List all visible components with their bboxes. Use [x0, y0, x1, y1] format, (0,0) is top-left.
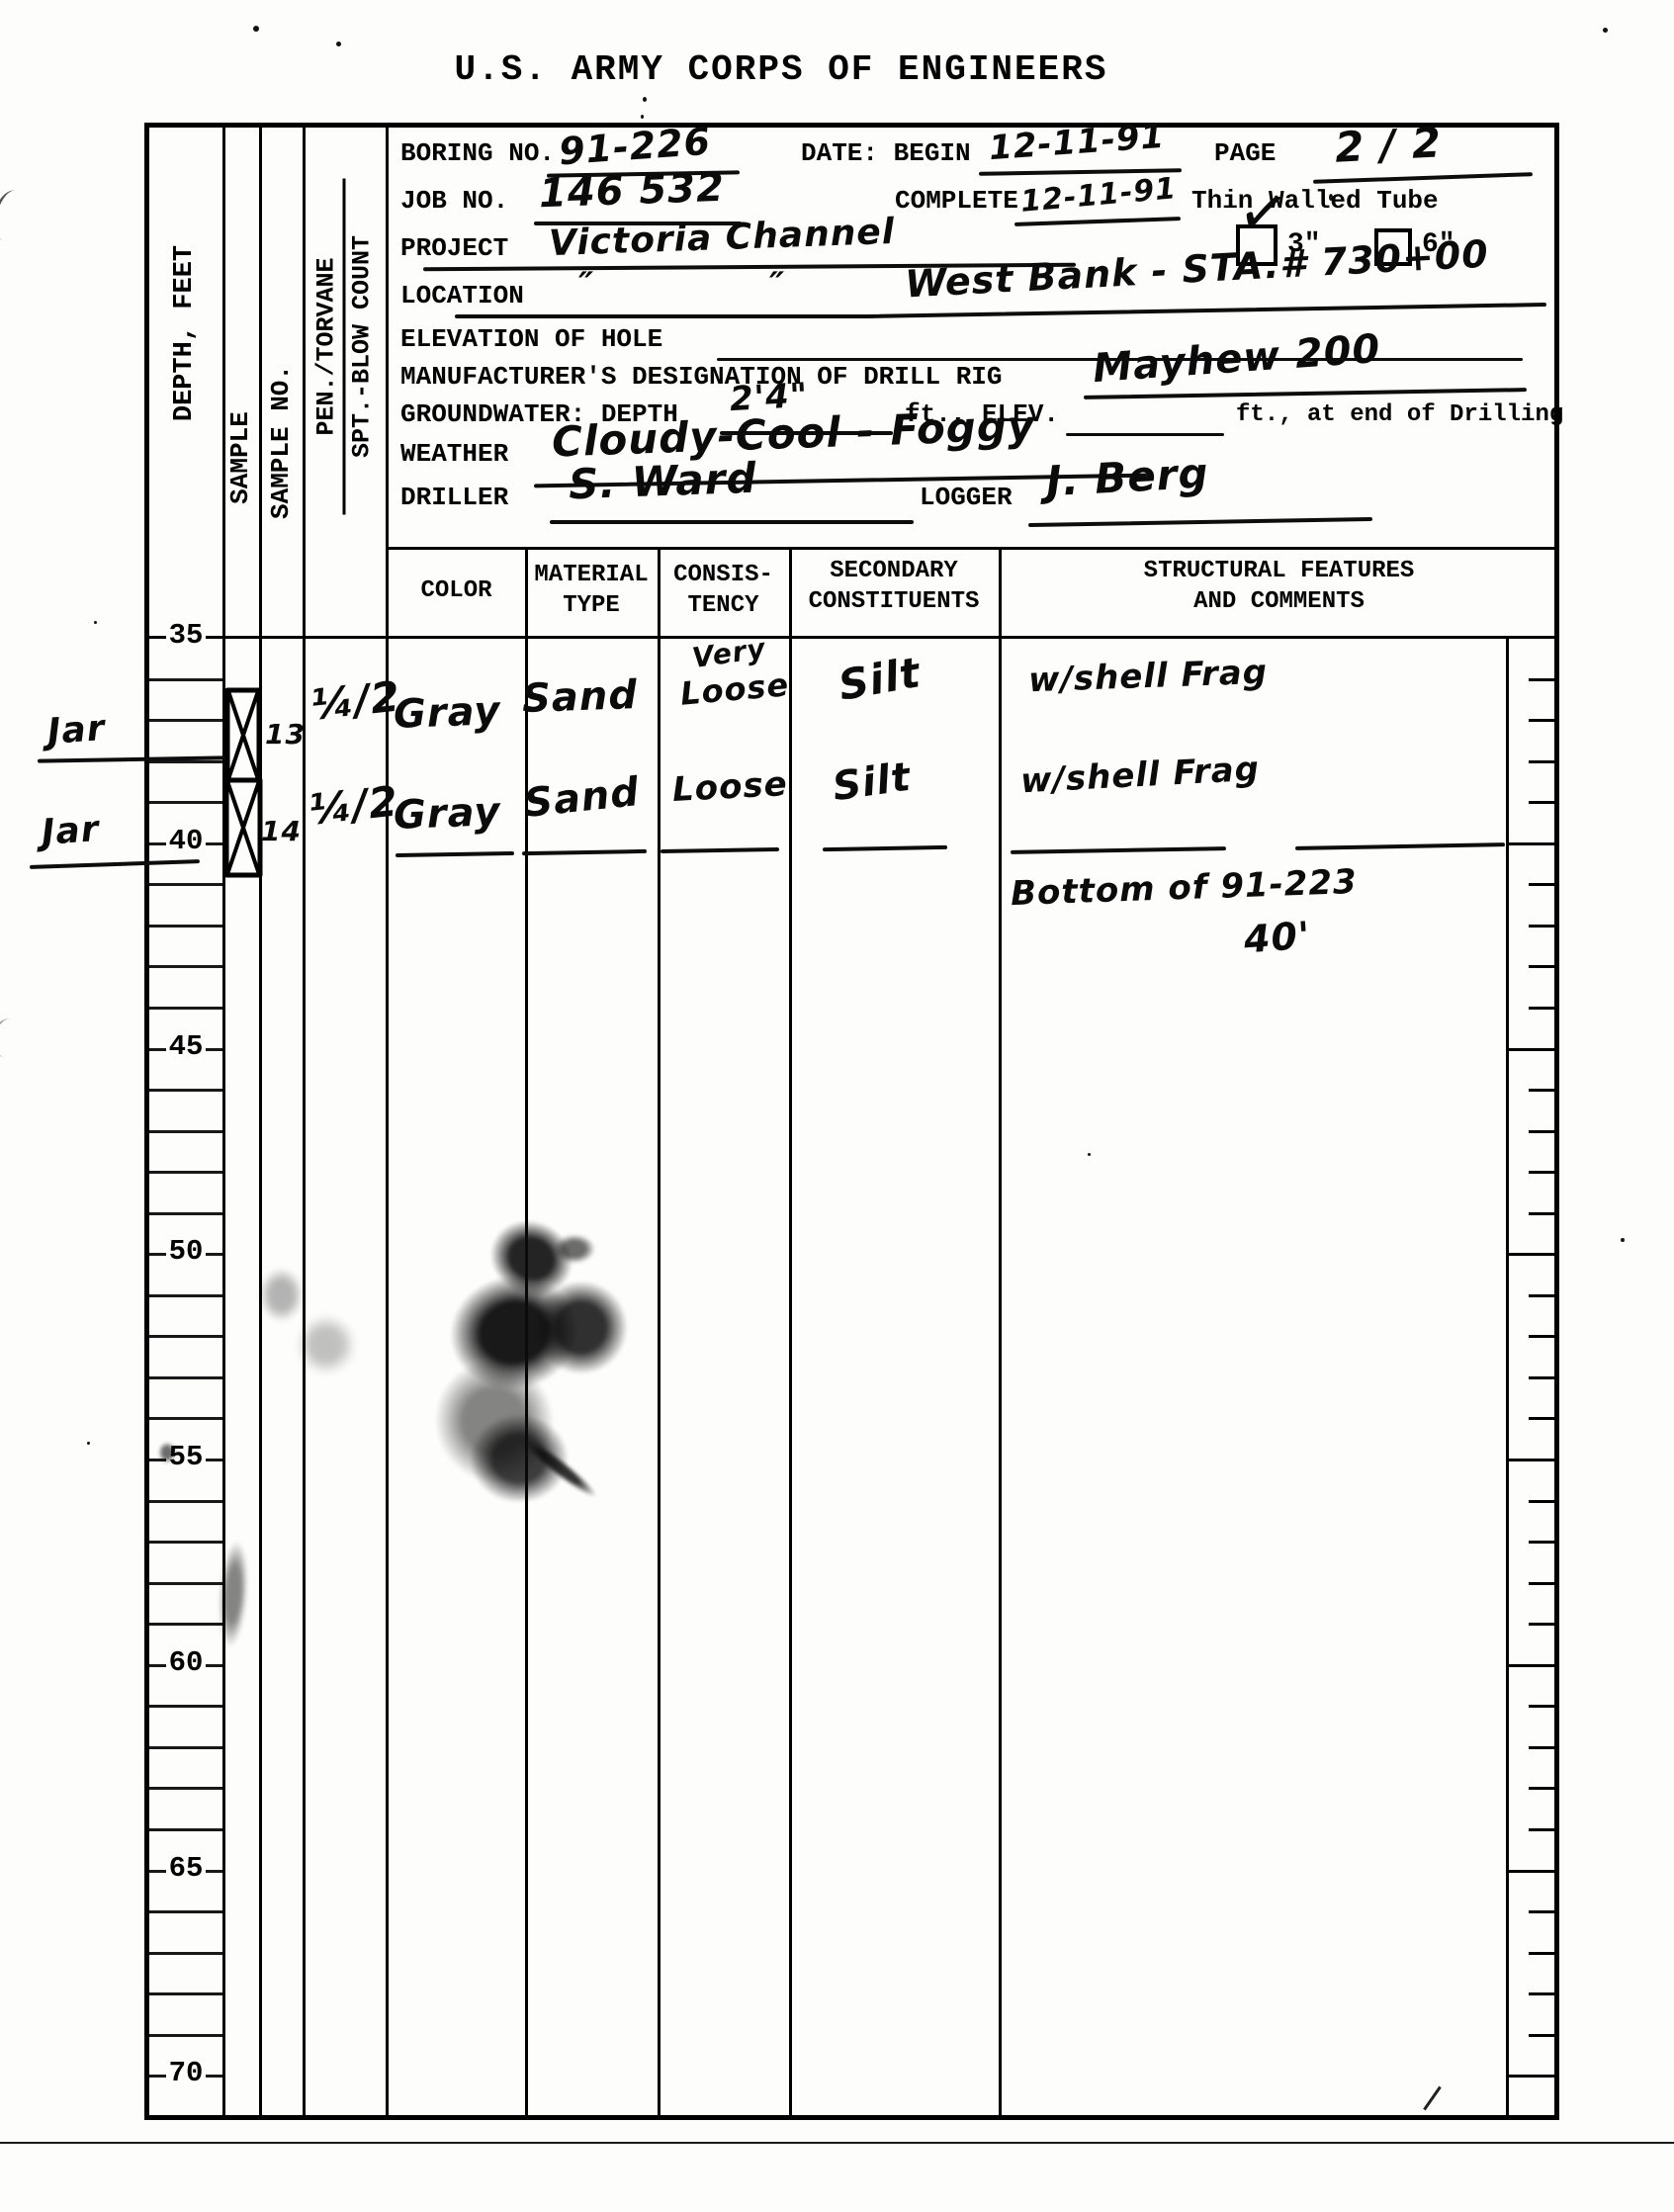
- right-ruler-major-tick: [1506, 1459, 1555, 1461]
- boring-no-label: BORING NO.: [400, 138, 555, 168]
- depth-tick-label: 45: [149, 1029, 222, 1062]
- underline: [1084, 388, 1527, 399]
- consistency-value: Loose: [679, 665, 791, 712]
- column-header-text: CONSIS-: [658, 560, 789, 590]
- spt-label: SPT.-BLOW COUNT: [346, 179, 377, 515]
- underline: [866, 303, 1546, 318]
- right-ruler-major-tick: [1506, 842, 1555, 845]
- right-ruler-minor-tick: [1529, 1787, 1555, 1790]
- job-no-value: 146 532: [538, 165, 725, 218]
- depth-tick-text: 50: [166, 1235, 207, 1268]
- column-header-structural: STRUCTURAL FEATURES AND COMMENTS: [999, 556, 1559, 617]
- column-header-text: STRUCTURAL FEATURES: [999, 556, 1559, 586]
- location-ditto-2: ″: [769, 265, 785, 305]
- depth-tick-label: 60: [149, 1646, 222, 1679]
- drill-rig-label: MANUFACTURER'S DESIGNATION OF DRILL RIG: [400, 362, 1003, 392]
- right-ruler-minor-tick: [1529, 1623, 1555, 1626]
- right-ruler-minor-tick: [1529, 1992, 1555, 1995]
- right-ruler-major-tick: [1506, 1870, 1555, 1873]
- depth-foot-line: [149, 1952, 222, 1955]
- consistency-value: Loose: [671, 764, 789, 810]
- margin-note-jar: Jar: [41, 809, 101, 853]
- grid-line: [303, 123, 306, 2118]
- depth-tick-text: 35: [166, 619, 207, 652]
- material-value: Sand: [522, 769, 642, 827]
- depth-foot-line: [149, 1376, 222, 1379]
- project-label: PROJECT: [400, 233, 508, 263]
- column-header-text: COLOR: [388, 575, 525, 606]
- date-begin-label: DATE: BEGIN: [801, 138, 971, 168]
- pen-torvane-axis-label: PEN./TORVANE SPT.-BLOW COUNT: [312, 179, 377, 515]
- right-ruler-minor-tick: [1529, 801, 1555, 804]
- depth-tick-text: 40: [166, 825, 207, 857]
- scan-dot: [643, 97, 647, 102]
- underline: [396, 851, 514, 857]
- depth-foot-line: [149, 1335, 222, 1338]
- right-ruler-minor-tick: [1529, 1541, 1555, 1544]
- project-value: Victoria Channel: [548, 212, 895, 264]
- column-header-text: SECONDARY: [789, 556, 999, 586]
- depth-tick-label: 70: [149, 2057, 222, 2089]
- underline: [1011, 846, 1226, 854]
- depth-tick-label: 40: [149, 825, 222, 857]
- column-header-material: MATERIAL TYPE: [525, 560, 658, 621]
- column-header-color: COLOR: [388, 575, 525, 606]
- color-value: Gray: [393, 789, 501, 839]
- depth-foot-line: [149, 883, 222, 886]
- scan-mark: [1423, 2086, 1442, 2111]
- form-border-bottom: [146, 2115, 1559, 2120]
- location-value: West Bank - STA.# 730+00: [904, 232, 1490, 307]
- depth-tick-label: 50: [149, 1235, 222, 1268]
- right-ruler-minor-tick: [1529, 1746, 1555, 1749]
- underline: [661, 847, 779, 853]
- right-ruler-minor-tick: [1529, 2034, 1555, 2037]
- depth-foot-line: [149, 1171, 222, 1174]
- date-complete-value: 12-11-91: [1019, 171, 1179, 220]
- right-ruler-major-tick: [1506, 1664, 1555, 1667]
- features-value: w/shell Frag: [1027, 653, 1268, 700]
- secondary-value: Silt: [835, 648, 924, 710]
- depth-axis-label: DEPTH, FEET: [170, 195, 200, 472]
- groundwater-end-label: ft., at end of Drilling: [1236, 401, 1563, 428]
- depth-foot-line: [149, 1541, 222, 1544]
- jar-sample-symbol: [224, 687, 262, 783]
- depth-foot-line: [149, 1623, 222, 1626]
- scan-dot: [336, 42, 341, 46]
- right-ruler-minor-tick: [1529, 1582, 1555, 1585]
- underline: [823, 845, 947, 851]
- underline: [1028, 517, 1372, 527]
- grid-line: [386, 547, 1559, 550]
- depth-foot-line: [149, 1294, 222, 1297]
- right-ruler-minor-tick: [1529, 1828, 1555, 1831]
- grid-line: [146, 636, 1559, 639]
- depth-tick-text: 60: [166, 1646, 207, 1679]
- right-ruler-minor-tick: [1529, 1089, 1555, 1092]
- depth-foot-line: [149, 678, 222, 681]
- depth-tick-text: 65: [166, 1851, 207, 1884]
- right-ruler-minor-tick: [1529, 1007, 1555, 1010]
- page-label: PAGE: [1214, 138, 1276, 168]
- bottom-of-boring-note: Bottom of 91-223: [1010, 862, 1358, 914]
- right-ruler-major-tick: [1506, 1253, 1555, 1256]
- ink-smudge: [158, 1442, 176, 1463]
- right-ruler-minor-tick: [1529, 1294, 1555, 1297]
- weather-label: WEATHER: [400, 439, 508, 469]
- underline: [1066, 433, 1224, 436]
- ink-smudge: [554, 1234, 595, 1264]
- underline: [1313, 172, 1533, 184]
- underline: [30, 859, 200, 869]
- right-ruler-minor-tick: [1529, 1910, 1555, 1913]
- location-ditto-1: ″: [578, 265, 594, 305]
- right-ruler-minor-tick: [1529, 1952, 1555, 1955]
- right-ruler-minor-tick: [1529, 1171, 1555, 1174]
- underline: [455, 314, 870, 318]
- right-ruler-minor-tick: [1529, 965, 1555, 968]
- complete-label: COMPLETE: [895, 186, 1018, 216]
- depth-foot-line: [149, 1130, 222, 1133]
- grid-line: [789, 547, 792, 2118]
- depth-foot-line: [149, 1582, 222, 1585]
- depth-foot-line: [149, 1828, 222, 1831]
- ink-smudge: [297, 1315, 356, 1374]
- right-ruler-minor-tick: [1529, 1417, 1555, 1420]
- scan-dot: [641, 115, 644, 119]
- pen-torvane-value: ¼/2: [308, 671, 403, 729]
- column-header-text: MATERIAL: [525, 560, 658, 590]
- pen-label: PEN./TORVANE: [312, 179, 346, 515]
- checkmark-icon: ✓: [1233, 173, 1295, 252]
- sample-no-value: 13: [265, 718, 306, 751]
- depth-foot-line: [149, 925, 222, 928]
- pen-torvane-value: ¼/2: [307, 776, 401, 834]
- logger-label: LOGGER: [920, 483, 1013, 512]
- grid-line: [999, 547, 1002, 2118]
- right-ruler-minor-tick: [1529, 1376, 1555, 1379]
- grid-line: [386, 123, 389, 2118]
- job-no-label: JOB NO.: [400, 186, 508, 216]
- right-ruler-minor-tick: [1529, 1705, 1555, 1708]
- column-header-consistency: CONSIS- TENCY: [658, 560, 789, 621]
- scan-dot: [87, 1442, 90, 1445]
- right-ruler-minor-tick: [1529, 925, 1555, 928]
- column-header-text: CONSTITUENTS: [789, 586, 999, 617]
- column-header-text: TYPE: [525, 590, 658, 621]
- column-header-text: AND COMMENTS: [999, 586, 1559, 617]
- depth-foot-line: [149, 1417, 222, 1420]
- material-value: Sand: [521, 672, 638, 722]
- depth-tick-text: 45: [166, 1029, 207, 1062]
- boring-log-scan: U.S. ARMY CORPS OF ENGINEERS BORING NO. …: [0, 0, 1674, 2212]
- scan-dot: [1603, 28, 1608, 33]
- right-ruler-minor-tick: [1529, 678, 1555, 681]
- elevation-label: ELEVATION OF HOLE: [400, 324, 662, 354]
- underline: [550, 520, 914, 524]
- driller-label: DRILLER: [400, 483, 508, 512]
- secondary-value: Silt: [830, 754, 914, 811]
- right-ruler-minor-tick: [1529, 1500, 1555, 1503]
- scan-dot: [1088, 1153, 1091, 1156]
- sample-axis-label: SAMPLE: [225, 369, 255, 547]
- scan-dot: [253, 26, 259, 32]
- right-ruler-minor-tick: [1529, 883, 1555, 886]
- depth-tick-label: 35: [149, 619, 222, 652]
- depth-foot-line: [149, 801, 222, 804]
- features-value: w/shell Frag: [1019, 750, 1261, 802]
- depth-foot-line: [149, 2034, 222, 2037]
- grid-line: [259, 123, 262, 2118]
- depth-foot-line: [149, 1910, 222, 1913]
- depth-foot-line: [149, 719, 222, 722]
- scan-edge-line: [0, 2142, 1674, 2144]
- logger-value: J. Berg: [1045, 449, 1210, 506]
- depth-foot-line: [149, 1089, 222, 1092]
- scan-dot: [1621, 1238, 1625, 1242]
- underline: [1295, 842, 1505, 850]
- grid-line: [1506, 636, 1509, 2118]
- page-value: 2 / 2: [1334, 118, 1443, 172]
- depth-foot-line: [149, 1500, 222, 1503]
- jar-sample-symbol: [223, 777, 263, 878]
- scan-mark: [0, 1016, 28, 1060]
- bottom-depth-note: 40': [1243, 914, 1312, 962]
- depth-tick-label: 65: [149, 1851, 222, 1884]
- depth-foot-line: [149, 1705, 222, 1708]
- right-ruler-minor-tick: [1529, 1212, 1555, 1215]
- drill-rig-value: Mayhew 200: [1092, 326, 1382, 392]
- location-label: LOCATION: [400, 281, 524, 310]
- ink-smudge: [259, 1268, 304, 1322]
- page-title: U.S. ARMY CORPS OF ENGINEERS: [396, 49, 1167, 90]
- scan-dot: [94, 621, 97, 624]
- right-ruler-minor-tick: [1529, 1335, 1555, 1338]
- column-header-secondary: SECONDARY CONSTITUENTS: [789, 556, 999, 617]
- underline: [1014, 217, 1181, 226]
- right-ruler-major-tick: [1506, 1048, 1555, 1051]
- depth-foot-line: [149, 1746, 222, 1749]
- underline: [522, 849, 647, 855]
- scan-dot: [1329, 194, 1333, 201]
- right-ruler-minor-tick: [1529, 1130, 1555, 1133]
- depth-foot-line: [149, 1007, 222, 1010]
- scan-mark: [0, 187, 31, 244]
- depth-tick-text: 70: [166, 2057, 207, 2089]
- sample-no-axis-label: SAMPLE NO.: [266, 328, 296, 556]
- depth-foot-line: [149, 1992, 222, 1995]
- margin-note-jar: Jar: [46, 708, 107, 752]
- sample-no-value: 14: [261, 815, 302, 847]
- depth-foot-line: [149, 1212, 222, 1215]
- depth-foot-line: [149, 965, 222, 968]
- driller-value: S. Ward: [568, 454, 757, 509]
- form-border-left: [144, 123, 149, 2120]
- right-ruler-minor-tick: [1529, 719, 1555, 722]
- right-ruler-minor-tick: [1529, 760, 1555, 763]
- depth-foot-line: [149, 1787, 222, 1790]
- grid-line: [658, 547, 661, 2118]
- thin-walled-label: Thin Walled Tube: [1191, 186, 1439, 216]
- column-header-text: TENCY: [658, 590, 789, 621]
- color-value: Gray: [393, 688, 501, 738]
- right-ruler-major-tick: [1506, 2075, 1555, 2078]
- ink-smudge: [216, 1540, 250, 1648]
